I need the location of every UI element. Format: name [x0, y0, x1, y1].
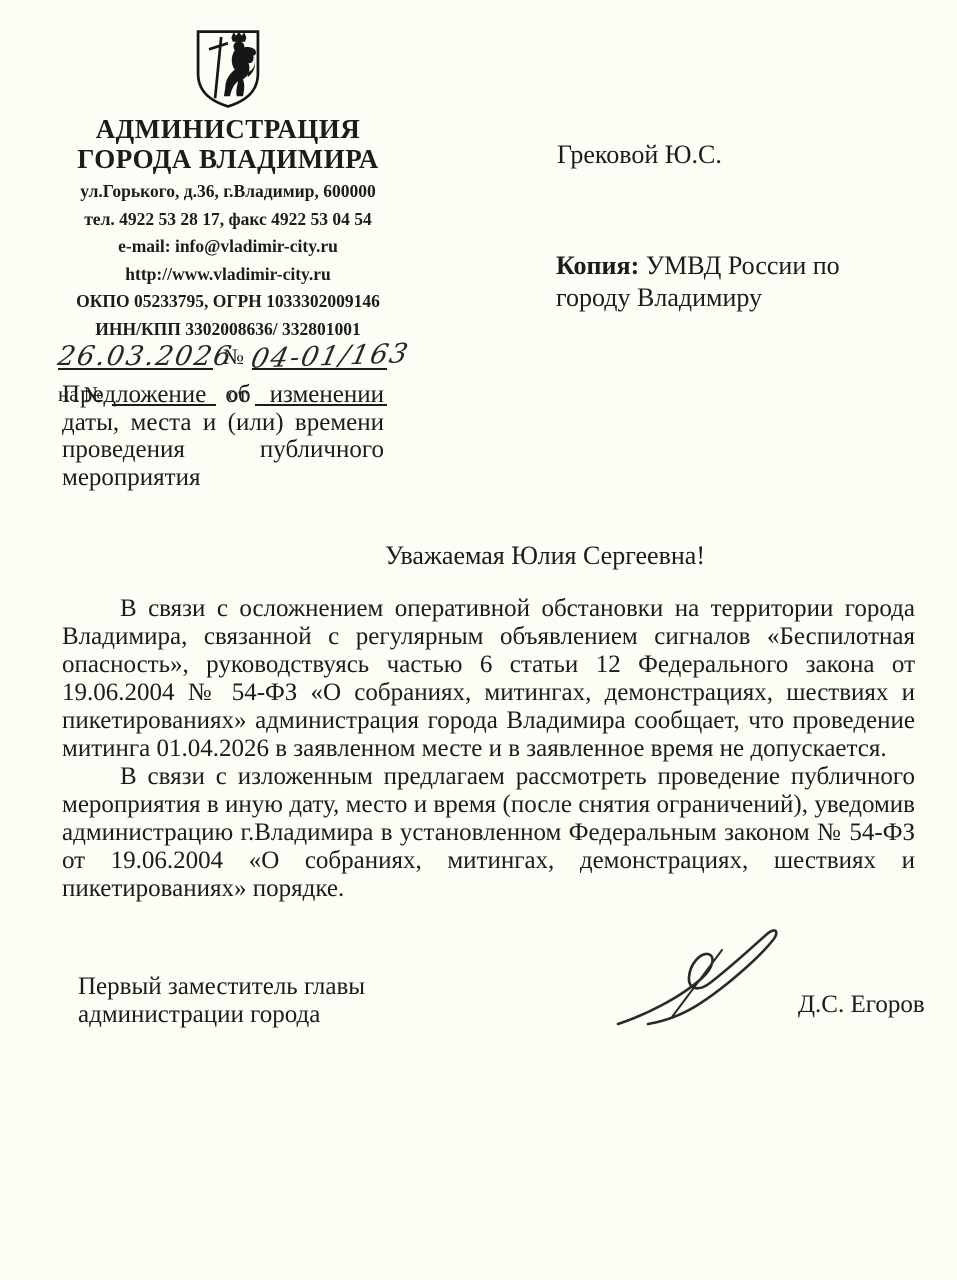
- letter-page: АДМИНИСТРАЦИЯ ГОРОДА ВЛАДИМИРА ул.Горько…: [0, 0, 957, 1280]
- outgoing-number-field: 04-01/163: [252, 344, 387, 370]
- outgoing-date-field: 26.03.2026: [58, 344, 213, 370]
- salutation: Уважаемая Юлия Сергеевна!: [385, 541, 705, 571]
- letter-body: В связи с осложнением оперативной обстан…: [62, 595, 915, 903]
- letterhead: АДМИНИСТРАЦИЯ ГОРОДА ВЛАДИМИРА ул.Горько…: [58, 28, 398, 406]
- org-name-line2: ГОРОДА ВЛАДИМИРА: [58, 144, 398, 174]
- org-website: http://www.vladimir-city.ru: [58, 264, 398, 285]
- handwritten-signature-icon: [610, 920, 795, 1032]
- org-name-line1: АДМИНИСТРАЦИЯ: [58, 114, 398, 144]
- signer-title: Первый заместитель главы администрации г…: [78, 973, 365, 1029]
- signer-name: Д.С. Егоров: [798, 991, 925, 1019]
- copy-block: Копия: УМВД России по городу Владимиру: [556, 250, 908, 314]
- letter-subject: Предложение об изменении даты, места и (…: [62, 381, 384, 491]
- org-phone-fax: тел. 4922 53 28 17, факс 4922 53 04 54: [58, 209, 398, 230]
- org-email: e-mail: info@vladimir-city.ru: [58, 236, 398, 257]
- signer-title-line2: администрации города: [78, 1001, 365, 1029]
- handwritten-number: 04-01/163: [249, 341, 412, 372]
- org-inn-kpp: ИНН/КПП 3302008636/ 332801001: [58, 319, 398, 340]
- org-okpo-ogrn: ОКПО 05233795, ОГРН 1033302009146: [58, 291, 398, 312]
- body-paragraph-1: В связи с осложнением оперативной обстан…: [62, 595, 915, 763]
- copy-label: Копия:: [556, 251, 639, 280]
- recipient-name: Грековой Ю.С.: [557, 140, 722, 170]
- reference-line: 26.03.2026 № 04-01/163: [58, 344, 398, 370]
- handwritten-date: 26.03.2026: [56, 344, 235, 370]
- body-paragraph-2: В связи с изложенным предлагаем рассмотр…: [62, 763, 915, 903]
- org-address: ул.Горького, д.36, г.Владимир, 600000: [58, 181, 398, 202]
- signer-title-line1: Первый заместитель главы: [78, 973, 365, 1001]
- vladimir-coat-of-arms-icon: [194, 28, 262, 110]
